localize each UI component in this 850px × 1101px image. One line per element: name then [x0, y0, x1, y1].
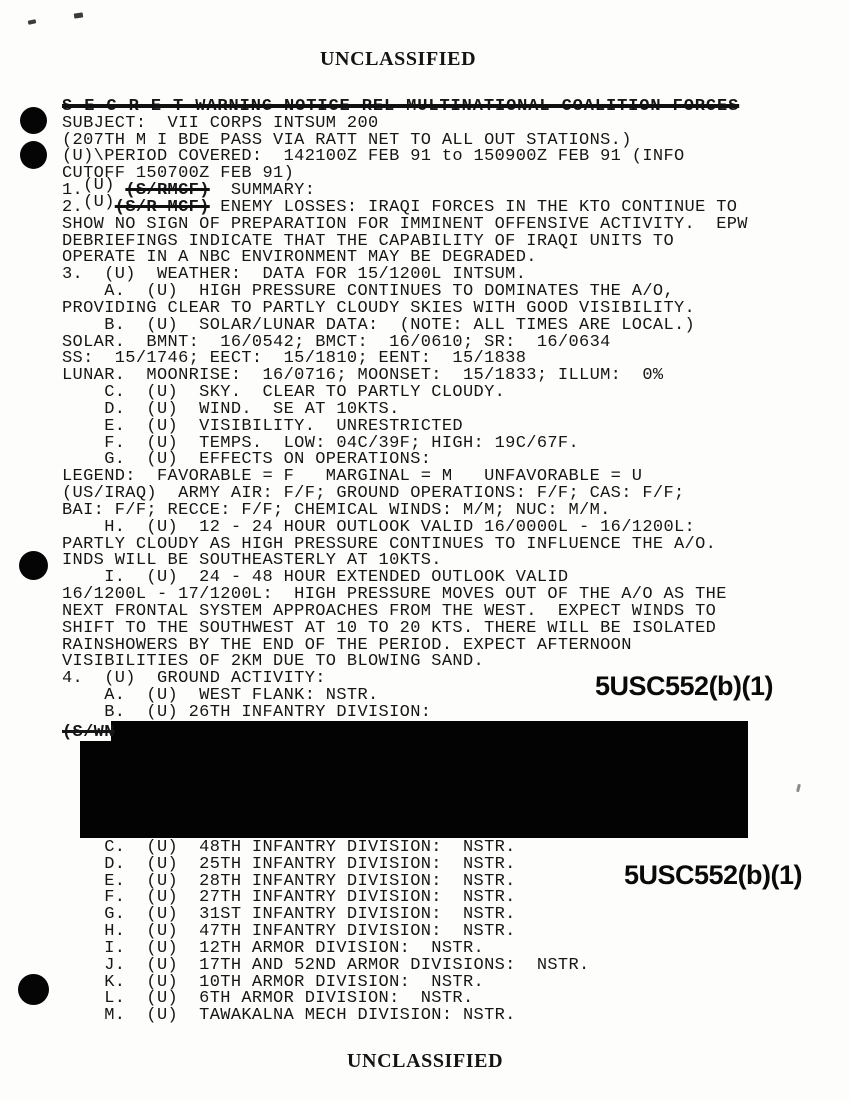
scan-artifact-mark [796, 784, 801, 792]
header-classification-banner: UNCLASSIFIED [320, 48, 476, 71]
redaction-box [80, 721, 748, 838]
hole-punch-mark [18, 974, 49, 1005]
struck-classification-marking: (S/WN [62, 723, 115, 742]
document-text-line: B. (U) 26TH INFANTRY DIVISION: [62, 705, 748, 722]
foia-exemption-stamp: 5USC552(b)(1) [595, 671, 773, 702]
document-body-lower: C. (U) 48TH INFANTRY DIVISION: NSTR. D. … [62, 840, 590, 1025]
hole-punch-mark [19, 551, 48, 580]
hole-punch-mark [20, 107, 47, 134]
footer-classification-banner: UNCLASSIFIED [347, 1050, 503, 1073]
scanned-document-page: UNCLASSIFIED S E C R E T WARNING NOTICE … [0, 0, 850, 1101]
pencil-mark [28, 19, 37, 25]
document-body-upper: S E C R E T WARNING NOTICE REL MULTINATI… [62, 99, 748, 722]
hole-punch-mark [20, 141, 47, 169]
document-text-line: M. (U) TAWAKALNA MECH DIVISION: NSTR. [62, 1008, 590, 1025]
foia-exemption-stamp: 5USC552(b)(1) [624, 860, 802, 891]
pencil-mark [74, 12, 84, 18]
